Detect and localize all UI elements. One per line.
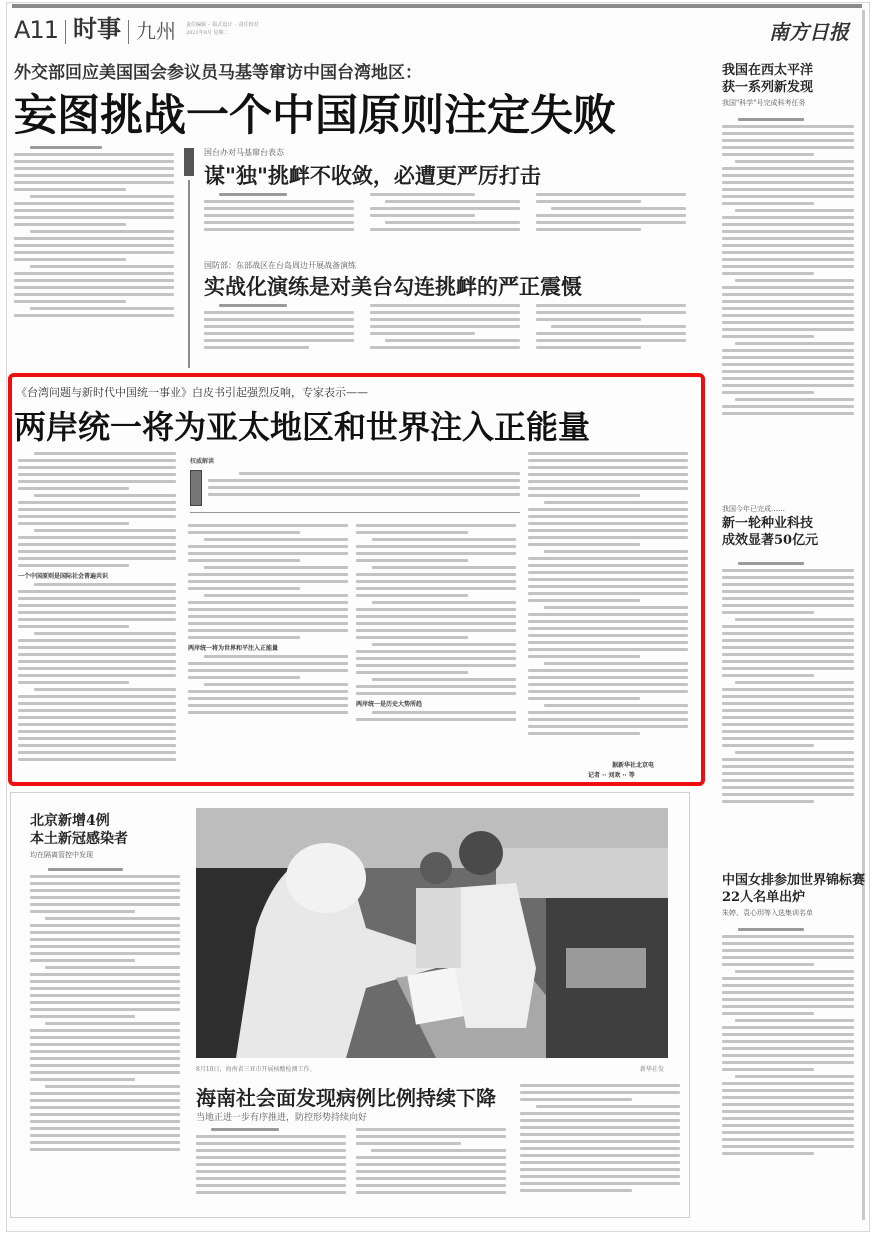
photo-testing-scene-icon — [196, 808, 668, 1058]
column-rule — [188, 180, 190, 368]
side-story-kicker: 国台办对马基窜台表态 — [204, 147, 284, 158]
lead-body-text — [14, 146, 174, 321]
authority-quote-box: 权威解读 — [190, 470, 520, 508]
bottom-story-body — [520, 1084, 680, 1196]
lead-headline: 妄图挑战一个中国原则注定失败 — [14, 82, 616, 143]
side-story-headline: 实战化演练是对美台勾连挑衅的严正震慑 — [204, 271, 582, 301]
section-head: 两岸统一是历史大势所趋 — [356, 699, 516, 708]
section-name: 时事 — [73, 9, 121, 44]
byline: 据新华社北京电 — [612, 760, 654, 769]
side-story-body — [370, 193, 520, 235]
right-story-body — [722, 562, 854, 807]
featured-body-col-1: 一个中国原则是国际社会普遍共识 — [18, 452, 176, 765]
bottom-left-sub: 均在隔离管控中发现 — [30, 850, 93, 860]
right-story-sub: 朱婷、袁心玥等入选集训名单 — [722, 908, 813, 918]
masthead-divider — [128, 20, 129, 44]
side-story-body — [204, 304, 354, 353]
newspaper-logo: 南方日报 — [769, 16, 849, 45]
masthead-meta: 责任编辑 ·· 版式设计 ·· 责任校对 2021年8月 星期二 — [186, 22, 259, 36]
right-story-body — [722, 118, 854, 419]
right-story-headline: 中国女排参加世界锦标赛 22人名单出炉 — [722, 872, 865, 906]
page-number: A11 — [14, 16, 58, 44]
meta-line: 2021年8月 星期二 — [186, 30, 259, 36]
masthead-divider — [65, 20, 66, 44]
right-story-sub: 我国"科学"号完成科考任务 — [722, 98, 805, 108]
byline: 记者 ·· 刘欢 ·· 等 — [588, 770, 635, 779]
section-head: 一个中国原则是国际社会普遍共识 — [18, 571, 176, 580]
right-story-kicker: 我国今年已完成…… — [722, 504, 785, 514]
bottom-story-body — [196, 1128, 346, 1198]
side-story-kicker: 国防部：东部战区在台岛周边开展战备演练 — [204, 260, 356, 271]
section-tag — [184, 148, 194, 176]
featured-kicker: 《台湾问题与新时代中国统一事业》白皮书引起强烈反响，专家表示—— — [16, 384, 368, 400]
side-story-body — [536, 304, 686, 353]
featured-body-col-3: 两岸统一是历史大势所趋 — [356, 524, 516, 725]
side-story-body — [536, 193, 686, 235]
section-head: 两岸统一将为世界和平注入正能量 — [188, 643, 348, 652]
featured-headline: 两岸统一将为亚太地区和世界注入正能量 — [14, 402, 590, 448]
featured-body-col-4 — [528, 452, 688, 739]
bottom-left-body — [30, 868, 180, 1155]
right-story-headline: 新一轮种业科技 成效显著50亿元 — [722, 515, 818, 549]
side-story-body — [370, 304, 520, 353]
bottom-story-sub: 当地正进一步有序推进，防控形势持续向好 — [196, 1110, 367, 1123]
featured-body-col-2: 两岸统一将为世界和平注入正能量 — [188, 524, 348, 718]
lead-kicker: 外交部回应美国国会参议员马基等窜访中国台湾地区： — [14, 58, 422, 83]
right-story-body — [722, 928, 854, 1159]
bottom-story-headline: 海南社会面发现病例比例持续下降 — [196, 1082, 496, 1111]
masthead: A11 时事 九州 责任编辑 ·· 版式设计 ·· 责任校对 2021年8月 星… — [14, 14, 259, 44]
bottom-story-body — [356, 1128, 506, 1198]
meta-line: 责任编辑 ·· 版式设计 ·· 责任校对 — [186, 22, 259, 28]
top-rule — [12, 4, 862, 8]
news-photo — [196, 808, 668, 1058]
bottom-left-headline: 北京新增4例 本土新冠感染者 — [30, 812, 128, 848]
subsection-name: 九州 — [136, 15, 176, 44]
right-story-headline: 我国在西太平洋 获一系列新发现 — [722, 62, 813, 96]
side-story-headline: 谋"独"挑衅不收敛，必遭更严厉打击 — [204, 160, 541, 190]
photo-caption: 8月10日，海南省三亚市开展核酸检测工作。 — [196, 1064, 315, 1073]
quote-tag — [190, 470, 202, 506]
side-story-body — [204, 193, 354, 235]
page-edge — [862, 10, 865, 1220]
photo-credit: 新华社发 — [640, 1064, 664, 1073]
quote-source-label: 权威解读 — [190, 456, 214, 465]
